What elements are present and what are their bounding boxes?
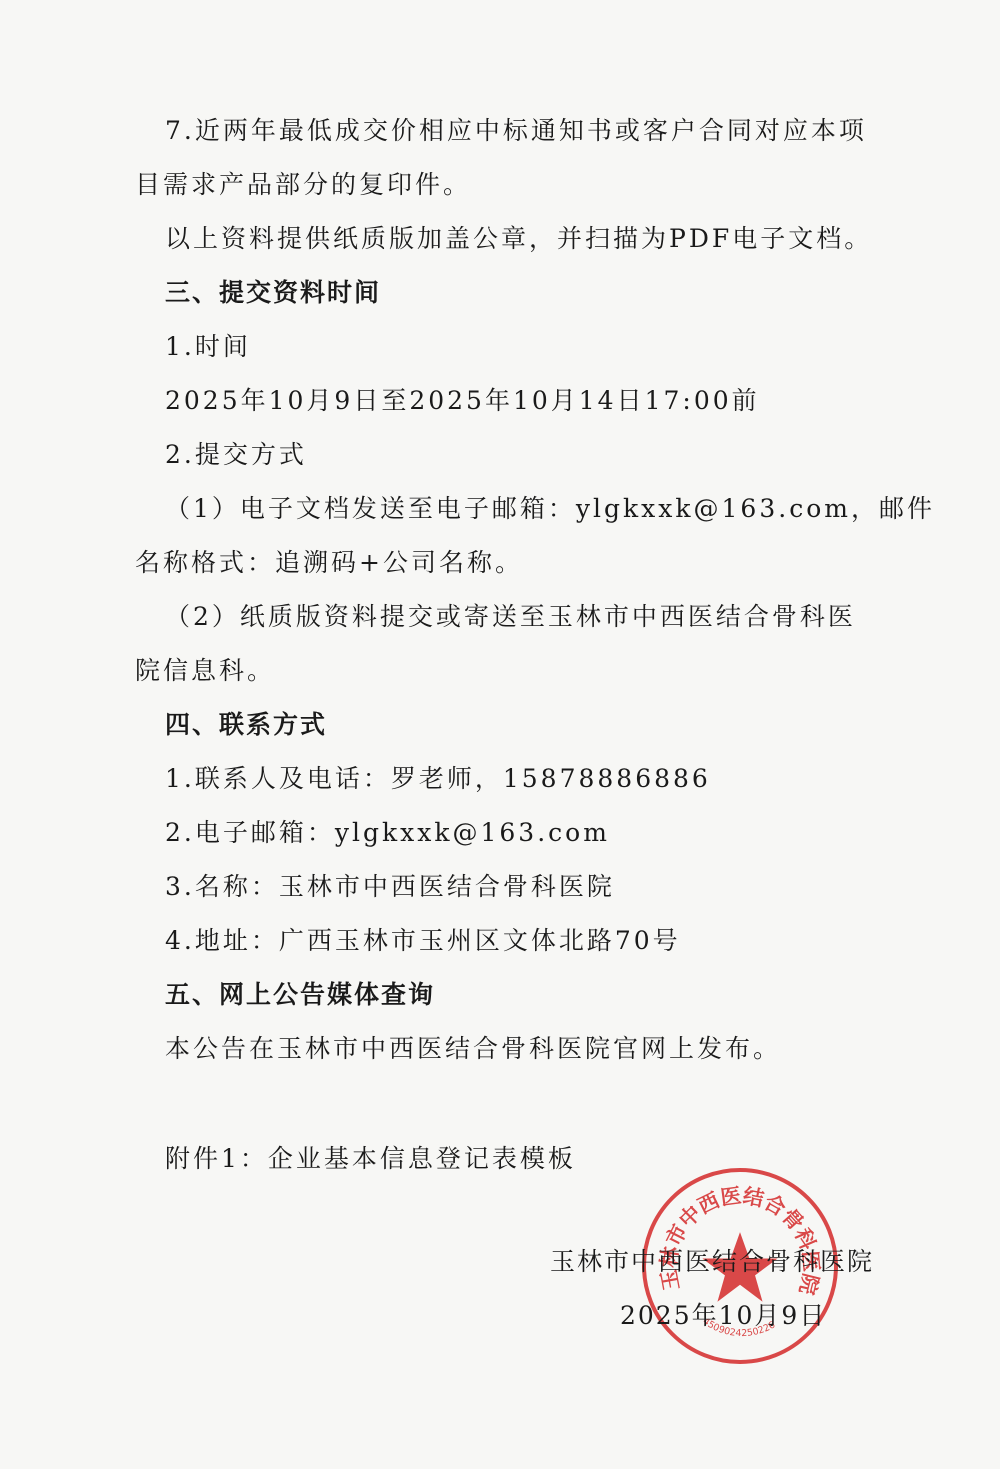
section-4-heading: 四、联系方式 bbox=[165, 710, 327, 740]
submission-electronic-line2: 名称格式：追溯码+公司名称。 bbox=[135, 548, 523, 578]
paragraph-item-7-line2: 目需求产品部分的复印件。 bbox=[135, 170, 471, 200]
submission-paper-line2: 院信息科。 bbox=[135, 656, 275, 686]
section-3-heading: 三、提交资料时间 bbox=[165, 278, 381, 308]
attachment-note: 附件1：企业基本信息登记表模板 bbox=[165, 1144, 576, 1174]
contact-name: 3.名称：玉林市中西医结合骨科医院 bbox=[165, 872, 615, 902]
time-label: 1.时间 bbox=[165, 332, 251, 362]
time-value: 2025年10月9日至2025年10月14日17:00前 bbox=[165, 386, 760, 416]
submission-electronic-line1: （1）电子文档发送至电子邮箱：ylgkxxk@163.com，邮件 bbox=[165, 494, 935, 524]
contact-person: 1.联系人及电话：罗老师，15878886886 bbox=[165, 764, 711, 794]
contact-address: 4.地址：广西玉林市玉州区文体北路70号 bbox=[165, 926, 681, 956]
signature-organization: 玉林市中西医结合骨科医院 bbox=[550, 1242, 874, 1278]
section-5-heading: 五、网上公告媒体查询 bbox=[165, 980, 435, 1010]
submission-method-label: 2.提交方式 bbox=[165, 440, 307, 470]
note-paragraph: 以上资料提供纸质版加盖公章，并扫描为PDF电子文档。 bbox=[165, 224, 872, 254]
section-5-body: 本公告在玉林市中西医结合骨科医院官网上发布。 bbox=[165, 1034, 781, 1064]
signature-date: 2025年10月9日 bbox=[620, 1296, 826, 1332]
submission-paper-line1: （2）纸质版资料提交或寄送至玉林市中西医结合骨科医 bbox=[165, 602, 856, 632]
contact-email: 2.电子邮箱：ylgkxxk@163.com bbox=[165, 818, 610, 848]
paragraph-item-7-line1: 7.近两年最低成交价相应中标通知书或客户合同对应本项 bbox=[165, 116, 867, 146]
